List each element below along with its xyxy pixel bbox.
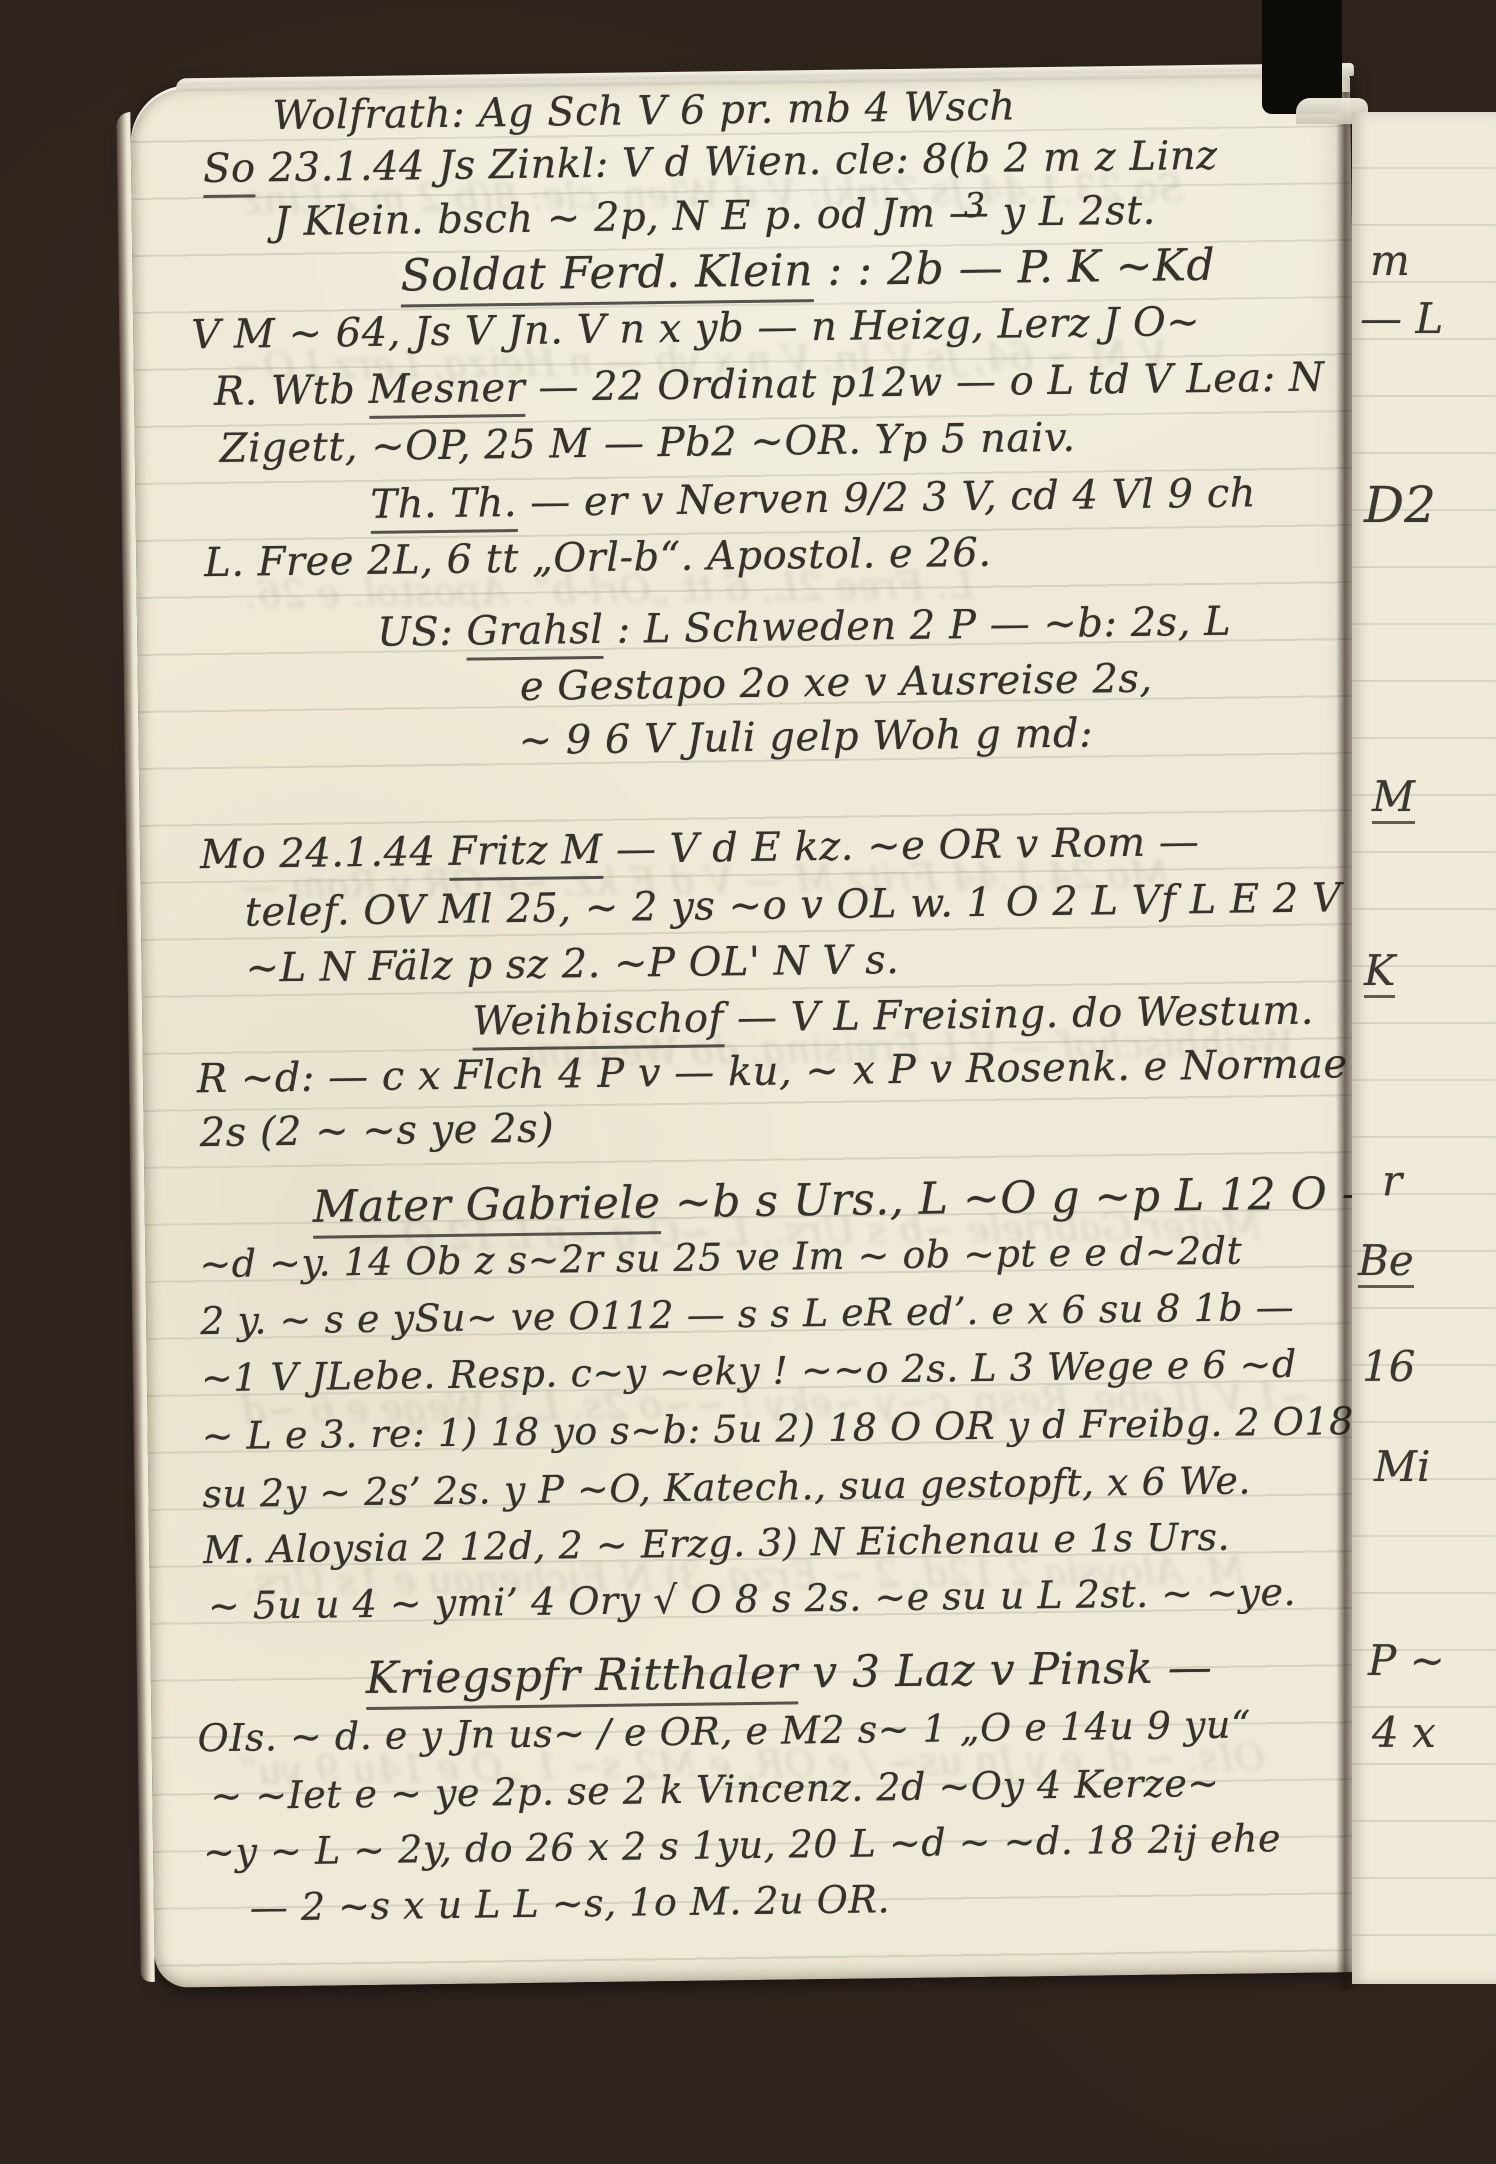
- text-run: e Gestapo 2o xe v Ausreise 2s,: [520, 656, 1153, 710]
- text-run: L. Free 2L, 6 tt „Orl-b“. Apostol. e 26.: [204, 530, 992, 586]
- manuscript-lines: Wolfrath: Ag Sch V 6 pr. mb 4 WschSo 23.…: [130, 70, 1375, 1988]
- handwritten-line: 2s (2 ~ ~s ye 2s): [199, 1109, 554, 1154]
- text-run: — 2 ~s x u L L ~s, 1o M. 2u OR.: [250, 1877, 891, 1929]
- text-run: : : 2b — P. K ~Kd: [813, 240, 1216, 296]
- text-run: J Klein. bsch ~ 2p, N E p. od Jm — y L 2…: [273, 188, 1156, 246]
- text-run: ~ ~Iet e ~ ye 2p. se 2 k Vincenz. 2d ~Oy…: [210, 1761, 1220, 1818]
- text-run: V M ~ 64, Js V Jn. V n x yb — n Heizg, L…: [191, 299, 1201, 358]
- handwritten-line: So 23.1.44 Js Zinkl: V d Wien. cle: 8(b …: [203, 136, 1218, 189]
- spine-shadow-top: [1262, 0, 1342, 114]
- handwritten-fragment: m: [1370, 240, 1410, 282]
- text-run: ~y ~ L ~ 2y, do 26 x 2 s 1yu, 20 L ~d ~ …: [203, 1816, 1281, 1874]
- text-run: OIs. ~ d. e y Jn us~ / e OR, e M2 s~ 1 „…: [197, 1702, 1251, 1760]
- text-run: ~1 V JLebe. Resp. c~y ~eky ! ~~o 2s. L 3…: [201, 1342, 1297, 1400]
- handwritten-fragment: 16: [1362, 1346, 1415, 1388]
- handwritten-line: ~y ~ L ~ 2y, do 26 x 2 s 1yu, 20 L ~d ~ …: [203, 1819, 1281, 1871]
- handwritten-line: Wolfrath: Ag Sch V 6 pr. mb 4 Wsch: [272, 86, 1016, 136]
- text-run: — V d E kz. ~e OR v Rom —: [602, 819, 1199, 873]
- entry-heading: Mater Gabriele ~b s Urs., L ~O g ~p L 12…: [312, 1172, 1386, 1230]
- handwritten-line: US: Grahsl : L Schweden 2 P — ~b: 2s, L: [377, 602, 1231, 653]
- entry-heading: Kriegspfr Ritthaler v 3 Laz v Pinsk —: [366, 1646, 1213, 1701]
- underlined-text: So: [203, 145, 256, 198]
- handwritten-fragment: D2: [1364, 480, 1436, 530]
- text-run: ~b s Urs., L ~O g ~p L 12 O —: [660, 1168, 1386, 1228]
- text-run: — 22 Ordinat p12w — o L td V Lea: N: [525, 354, 1325, 410]
- text-run: M. Aloysia 2 12d, 2 ~ Erzg. 3) N Eichena…: [203, 1515, 1230, 1572]
- text-run: ~ 5u u 4 ~ ymi’ 4 Ory √ O 8 s 2s. ~e su …: [208, 1570, 1297, 1628]
- text-run: US:: [377, 609, 467, 656]
- handwritten-fragment: Be: [1358, 1240, 1414, 1288]
- text-run: R. Wtb: [214, 367, 369, 415]
- text-run: — er v Nerven 9/2 3 V, cd 4 Vl 9 ch: [517, 470, 1257, 526]
- text-run: 2s (2 ~ ~s ye 2s): [199, 1106, 554, 1157]
- handwritten-line: ~L N Fälz p sz 2. ~P OL' N V s.: [245, 940, 899, 989]
- adjacent-page-fragments: m— LD2MKrBe16MiP ~4 x: [1352, 112, 1496, 1984]
- underlined-text: Weihbischof: [472, 995, 724, 1050]
- handwritten-line: ~d ~y. 14 Ob z s~2r su 25 ve Im ~ ob ~pt…: [199, 1232, 1242, 1284]
- handwritten-line: Mo 24.1.44 Fritz M — V d E kz. ~e OR v R…: [200, 822, 1200, 875]
- handwritten-line: R. Wtb Mesner — 22 Ordinat p12w — o L td…: [214, 357, 1325, 412]
- handwritten-line: ~ 5u u 4 ~ ymi’ 4 Ory √ O 8 s 2s. ~e su …: [208, 1573, 1297, 1625]
- handwritten-fragment: P ~: [1368, 1640, 1445, 1682]
- handwritten-line: M. Aloysia 2 12d, 2 ~ Erzg. 3) N Eichena…: [203, 1518, 1230, 1569]
- underlined-text: Fritz M: [448, 827, 603, 881]
- handwritten-fragment: r: [1382, 1160, 1402, 1202]
- handwritten-line: telef. OV Ml 25, ~ 2 ys ~o v OL w. 1 O 2…: [245, 878, 1396, 933]
- text-run: ~ 9 6 V Juli gelp Woh g md:: [518, 710, 1093, 764]
- handwritten-line: 2 y. ~ s e ySu~ ve O112 — s s L eR ed’. …: [200, 1288, 1295, 1340]
- handwritten-line: ~1 V JLebe. Resp. c~y ~eky ! ~~o 2s. L 3…: [201, 1345, 1297, 1397]
- text-run: 2 y. ~ s e ySu~ ve O112 — s s L eR ed’. …: [200, 1285, 1295, 1343]
- text-run: : L Schweden 2 P — ~b: 2s, L: [603, 599, 1231, 653]
- text-run: v 3 Laz v Pinsk —: [798, 1642, 1213, 1698]
- underlined-text: Mater Gabriele: [312, 1177, 661, 1239]
- text-run: — V L Freising. do Westum.: [724, 988, 1315, 1042]
- underlined-text: Mesner: [368, 365, 525, 419]
- photograph-of-notebook: { "document": { "kind": "handwritten dia…: [0, 0, 1496, 2164]
- text-run: telef. OV Ml 25, ~ 2 ys ~o v OL w. 1 O 2…: [245, 875, 1396, 936]
- underlined-text: Grahsl: [466, 607, 604, 661]
- handwritten-line: Weihbischof — V L Freising. do Westum.: [472, 991, 1314, 1042]
- text-run: ~L N Fälz p sz 2. ~P OL' N V s.: [245, 937, 899, 992]
- text-run: R ~d: — c x Flch 4 P v — ku, ~ x P v Ros…: [197, 1041, 1348, 1102]
- handwritten-fragment: M: [1372, 776, 1415, 824]
- notebook-right-page: m— LD2MKrBe16MiP ~4 x: [1352, 112, 1496, 1984]
- handwritten-line: Th. Th. — er v Nerven 9/2 3 V, cd 4 Vl 9…: [370, 473, 1256, 525]
- text-run: ~ L e 3. re: 1) 18 yo s~b: 5u 2) 18 O OR…: [201, 1399, 1354, 1458]
- handwritten-line: V M ~ 64, Js V Jn. V n x yb — n Heizg, L…: [191, 302, 1200, 355]
- handwritten-line: J Klein. bsch ~ 2p, N E p. od Jm — y L 2…: [274, 191, 1157, 243]
- handwritten-line: ~ ~Iet e ~ ye 2p. se 2 k Vincenz. 2d ~Oy…: [210, 1764, 1220, 1815]
- handwritten-line: — 2 ~s x u L L ~s, 1o M. 2u OR.: [250, 1880, 891, 1926]
- handwritten-line: su 2y ~ 2s’ 2s. y P ~O, Katech., sua ges…: [202, 1461, 1251, 1513]
- text-run: Wolfrath: Ag Sch V 6 pr. mb 4 Wsch: [272, 83, 1016, 139]
- entry-heading: Soldat Ferd. Klein : : 2b — P. K ~Kd: [400, 244, 1215, 299]
- underlined-text: Soldat Ferd. Klein: [400, 245, 813, 307]
- handwritten-fragment: 4 x: [1372, 1712, 1436, 1754]
- handwritten-line: e Gestapo 2o xe v Ausreise 2s,: [520, 659, 1153, 707]
- handwritten-fragment: K: [1364, 950, 1395, 998]
- text-run: 23.1.44 Js Zinkl: V d Wien. cle: 8(b 2 m…: [255, 133, 1218, 192]
- handwritten-line: L. Free 2L, 6 tt „Orl-b“. Apostol. e 26.: [204, 533, 992, 583]
- underlined-text: Kriegspfr Ritthaler: [366, 1647, 799, 1710]
- notebook-left-page: So 23.1.44 Js Zinkl: V d Wien. cle: 8(b …: [130, 70, 1375, 1988]
- text-run: Zigett, ~OP, 25 M — Pb2 ~OR. Yp 5 naiv.: [219, 415, 1075, 472]
- handwritten-line: OIs. ~ d. e y Jn us~ / e OR, e M2 s~ 1 „…: [197, 1705, 1251, 1757]
- handwritten-line: R ~d: — c x Flch 4 P v — ku, ~ x P v Ros…: [197, 1044, 1348, 1099]
- handwritten-line: ~ 9 6 V Juli gelp Woh g md:: [518, 713, 1093, 761]
- handwritten-line: ~ L e 3. re: 1) 18 yo s~b: 5u 2) 18 O OR…: [201, 1402, 1354, 1455]
- text-run: su 2y ~ 2s’ 2s. y P ~O, Katech., sua ges…: [202, 1458, 1251, 1516]
- handwritten-line: Zigett, ~OP, 25 M — Pb2 ~OR. Yp 5 naiv.: [219, 418, 1075, 469]
- text-run: Mo 24.1.44: [200, 829, 449, 878]
- underlined-text: Th. Th.: [370, 480, 517, 534]
- handwritten-fragment: Mi: [1374, 1446, 1430, 1488]
- handwritten-fragment: — L: [1360, 298, 1443, 340]
